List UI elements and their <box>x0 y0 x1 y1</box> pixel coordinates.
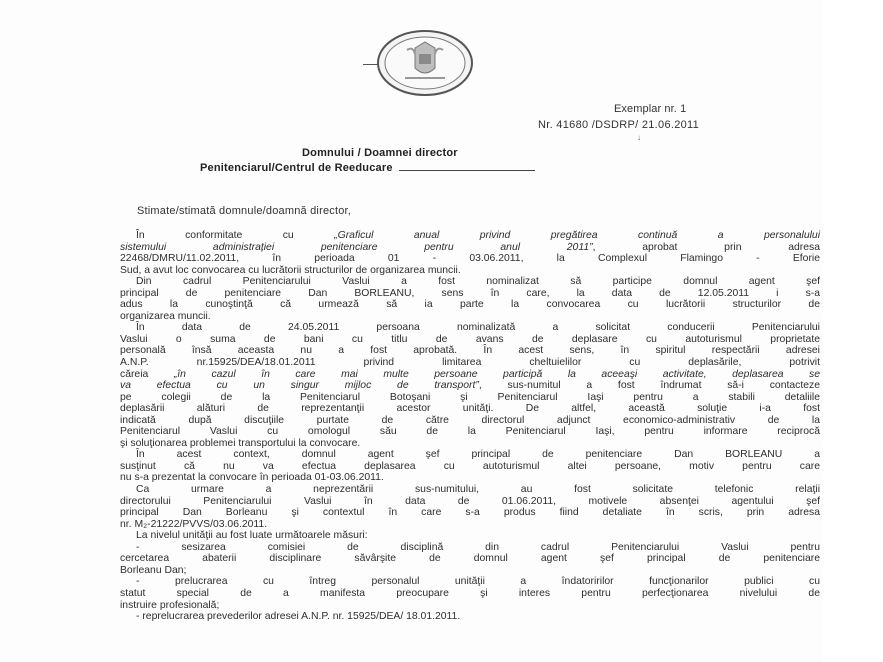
letter-line: căreia „în cazul în care mai multe perso… <box>120 369 820 381</box>
letter-line: sistemului administrației penitenciare p… <box>120 242 820 254</box>
letter-line: 22468/DMRU/11.02.2011, în perioada 01 - … <box>120 253 820 265</box>
letter-line: pe colegii de la Penitenciarul Botoşani … <box>120 392 820 404</box>
letter-line: - prelucrarea cu întreg personalul unită… <box>120 576 820 588</box>
institution-blank-line <box>399 170 535 171</box>
letter-line: personală însă aceasta nu a fost aprobat… <box>120 345 820 357</box>
letter-line: instruire profesională; <box>120 600 820 612</box>
document-page: Exemplar nr. 1 Nr. 41680 /DSDRP/ 21.06.2… <box>0 0 883 662</box>
letter-line: directorului Penitenciarului Vaslui în d… <box>120 496 820 508</box>
letter-line: nr. M₂-21222/PVVS/03.06.2011. <box>120 519 820 531</box>
letter-line: susţinut că nu va efectua deplasarea cu … <box>120 461 820 473</box>
letter-line: Sud, a avut loc convocarea cu lucrătorii… <box>120 265 820 277</box>
letter-line: - reprelucrarea prevederilor adresei A.N… <box>120 611 820 623</box>
letter-line: A.N.P. nr.15925/DEA/18.01.2011 privind l… <box>120 357 820 369</box>
letter-line: Vaslui o suma de bani cu titlu de avans … <box>120 334 820 346</box>
letter-line: principal de penitenciare Dan BORLEANU, … <box>120 288 820 300</box>
letter-line: principal Dan Borleanu şi contextul în c… <box>120 507 820 519</box>
letter-line: va efectua cu un singur mijloc de transp… <box>120 380 820 392</box>
exemplar-number: Exemplar nr. 1 <box>614 103 686 115</box>
letter-line: deplasării alături de reprezentanţii ace… <box>120 403 820 415</box>
letter-line: Borleanu Dan; <box>120 565 820 577</box>
letter-line: - sesizarea comisiei de disciplină din c… <box>120 542 820 554</box>
letter-line: Ca urmare a neprezentării sus-numitului,… <box>120 484 820 496</box>
letter-line: adus la cunoştinţă că urmează să ia part… <box>120 299 820 311</box>
salutation: Stimate/stimată domnule/doamnă director, <box>137 205 351 217</box>
arrow-down-icon: ↓ <box>637 133 641 142</box>
letter-line: La nivelul unităţii au fost luate următo… <box>120 530 820 542</box>
letter-line: Din cadrul Penitenciarului Vaslui a fost… <box>120 276 820 288</box>
letter-line: statut special de a manifesta preocupare… <box>120 588 820 600</box>
letter-line: nu s-a prezentat la convocare în perioad… <box>120 472 820 484</box>
page-margin <box>823 0 883 662</box>
letter-line: organizarea muncii. <box>120 311 820 323</box>
letter-line: În data de 24.05.2011 persoana nominaliz… <box>120 322 820 334</box>
letter-body: În conformitate cu „Graficul anual privi… <box>120 230 820 623</box>
letter-line: cercetarea abaterii disciplinare săvârşi… <box>120 553 820 565</box>
addressee-institution: Penitenciarul/Centrul de Reeducare <box>200 162 535 174</box>
letter-line: indicată după discuţiile purtate de cătr… <box>120 415 820 427</box>
addressee-title: Domnului / Doamnei director <box>302 147 458 159</box>
registration-number: Nr. 41680 /DSDRP/ 21.06.2011 <box>538 119 699 131</box>
letter-line: Penitenciarul Vaslui cu omologul său de … <box>120 426 820 438</box>
ministry-seal-icon <box>375 28 475 98</box>
letter-line: În conformitate cu „Graficul anual privi… <box>120 230 820 242</box>
addressee-institution-label: Penitenciarul/Centrul de Reeducare <box>200 162 393 174</box>
letter-line: În acest context, domnul agent şef princ… <box>120 449 820 461</box>
letter-line: şi soluţionarea problemei transportului … <box>120 438 820 450</box>
